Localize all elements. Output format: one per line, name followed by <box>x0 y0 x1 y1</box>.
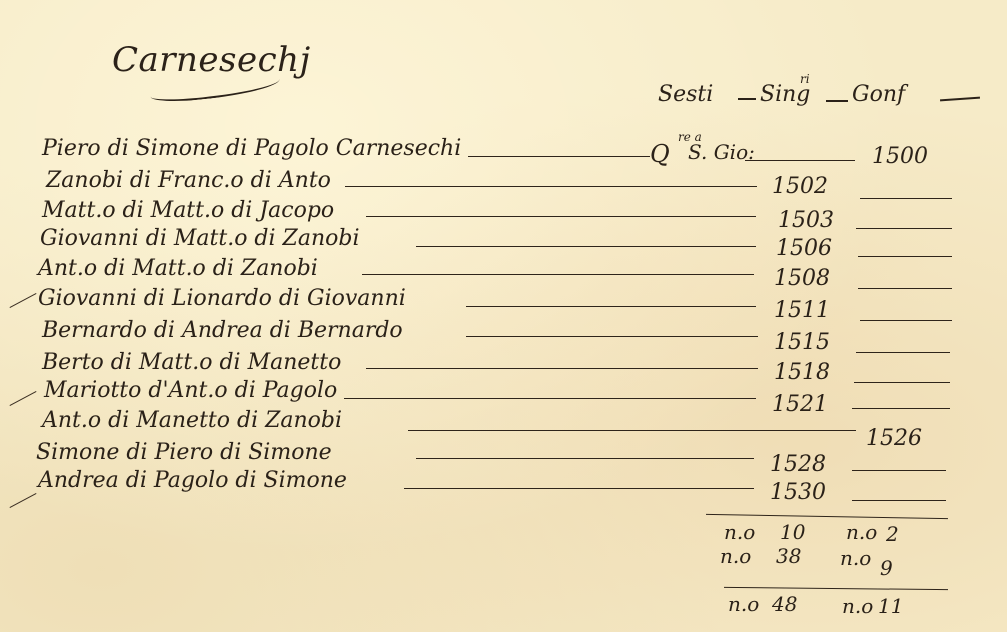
register-entry: Ant.o di Manetto di Zanobi 1526 <box>0 408 1007 438</box>
tally-value: 2 <box>886 522 899 546</box>
entry-note-prefix: Q <box>650 140 670 168</box>
entry-name: Berto di Matt.o di Manetto <box>42 350 341 375</box>
entry-rule <box>416 246 756 247</box>
tally-total-value: 48 <box>772 592 797 616</box>
tally-label: n.o <box>728 592 759 616</box>
entry-year: 1530 <box>770 480 826 505</box>
entry-rule <box>466 336 758 337</box>
entry-rule <box>345 186 757 187</box>
header-separator <box>738 98 756 100</box>
entry-name: Simone di Piero di Simone <box>36 440 332 465</box>
tally-value: 10 <box>780 520 805 544</box>
manuscript-page: Carnesechj Sesti Sing ri Gonf Piero di S… <box>0 0 1007 632</box>
entry-rule <box>366 216 756 217</box>
header-separator <box>826 100 848 102</box>
entry-rule <box>344 398 756 399</box>
register-entry: Giovanni di Matt.o di Zanobi 1506 <box>0 226 1007 256</box>
register-entry: Zanobi di Franc.o di Anto 1502 <box>0 168 1007 198</box>
entry-year: 1500 <box>872 144 928 169</box>
register-entry: Berto di Matt.o di Manetto 1518 <box>0 350 1007 380</box>
register-entry: Andrea di Pagolo di Simone 1530 <box>0 468 1007 498</box>
entry-rule <box>404 488 754 489</box>
entry-name: Andrea di Pagolo di Simone <box>38 468 347 493</box>
tally-label: n.o <box>720 544 751 568</box>
entry-name: Giovanni di Matt.o di Zanobi <box>40 226 359 251</box>
register-entry: Ant.o di Matt.o di Zanobi 1508 <box>0 256 1007 286</box>
tally-value: 9 <box>880 556 893 580</box>
entry-name: Ant.o di Manetto di Zanobi <box>42 408 342 433</box>
column-header-superscript: ri <box>800 72 810 86</box>
register-entry: Mariotto d'Ant.o di Pagolo 1521 <box>0 378 1007 408</box>
register-entry: Giovanni di Lionardo di Giovanni 1511 <box>0 286 1007 316</box>
family-title: Carnesechj <box>112 40 311 80</box>
column-header-sesti: Sesti <box>658 82 713 107</box>
register-entry: Piero di Simone di Pagolo Carnesechi re … <box>0 136 1007 166</box>
entry-name: Mariotto d'Ant.o di Pagolo <box>44 378 337 403</box>
entry-name: Bernardo di Andrea di Bernardo <box>42 318 403 343</box>
tally-value: 38 <box>776 544 801 568</box>
register-entry: Matt.o di Matt.o di Jacopo 1503 <box>0 198 1007 228</box>
entry-name: Ant.o di Matt.o di Zanobi <box>38 256 318 281</box>
entry-rule <box>745 160 855 161</box>
column-header-gonf: Gonf <box>852 82 905 107</box>
tally-label: n.o <box>840 546 871 570</box>
entry-name: Matt.o di Matt.o di Jacopo <box>42 198 334 223</box>
tally-label: n.o <box>724 520 755 544</box>
entry-name: Zanobi di Franc.o di Anto <box>46 168 331 193</box>
entry-rule <box>468 156 650 157</box>
sum-divider <box>724 587 948 590</box>
sum-divider <box>706 514 948 519</box>
entry-rule <box>408 430 856 431</box>
entry-name: Piero di Simone di Pagolo Carnesechi <box>42 136 461 161</box>
entry-rule <box>466 306 756 307</box>
entry-tail-rule <box>852 500 946 501</box>
entry-rule <box>366 368 758 369</box>
entry-year: 1502 <box>772 174 828 199</box>
entry-rule <box>362 274 754 275</box>
register-entry: Simone di Piero di Simone 1528 <box>0 440 1007 470</box>
tally-total-value: 11 <box>878 594 903 618</box>
tally-label: n.o <box>842 594 873 618</box>
register-entry: Bernardo di Andrea di Bernardo 1515 <box>0 318 1007 348</box>
entry-rule <box>416 458 754 459</box>
tally-label: n.o <box>846 520 877 544</box>
entry-name: Giovanni di Lionardo di Giovanni <box>38 286 406 311</box>
header-flourish <box>940 97 980 102</box>
